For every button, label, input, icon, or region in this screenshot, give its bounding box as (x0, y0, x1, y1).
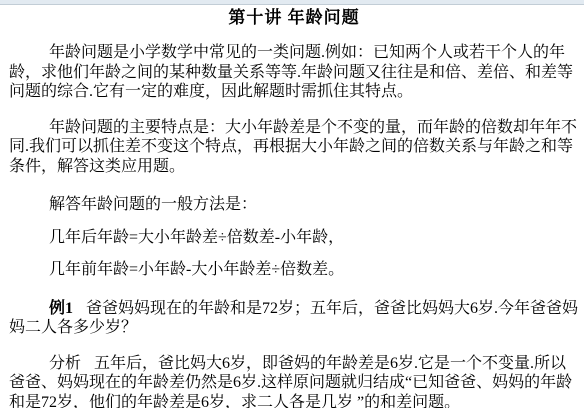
analysis-label: 分析 (49, 355, 81, 372)
paragraph-analysis: 分析五年后，爸比妈大6岁，即爸妈的年龄差是6岁.它是一个不变量.所以爸爸、妈妈现… (9, 354, 579, 408)
formula-years-later: 几年后年龄=大小年龄差÷倍数差-小年龄， (9, 228, 579, 248)
analysis-text: 五年后，爸比妈大6岁，即爸妈的年龄差是6岁.它是一个不变量.所以爸爸、妈妈现在的… (9, 355, 572, 408)
paragraph-features: 年龄问题的主要特点是：大小年龄差是个不变的量，而年龄的倍数却年年不同.我们可以抓… (9, 118, 579, 177)
paragraph-method-heading: 解答年龄问题的一般方法是： (9, 195, 579, 215)
document-content: 第十讲 年龄问题 年龄问题是小学数学中常见的一类问题.例如：已知两个人或若干个人… (0, 8, 584, 408)
top-window-edge (0, 0, 584, 5)
document-page: 第十讲 年龄问题 年龄问题是小学数学中常见的一类问题.例如：已知两个人或若干个人… (0, 0, 584, 408)
paragraph-intro: 年龄问题是小学数学中常见的一类问题.例如：已知两个人或若干个人的年龄，求他们年龄… (9, 43, 579, 102)
example1-text: 爸爸妈妈现在的年龄和是72岁；五年后，爸爸比妈妈大6岁.今年爸爸妈妈二人各多少岁… (9, 300, 578, 337)
paragraph-example1: 例1爸爸妈妈现在的年龄和是72岁；五年后，爸爸比妈妈大6岁.今年爸爸妈妈二人各多… (9, 299, 579, 338)
page-title: 第十讲 年龄问题 (9, 8, 579, 28)
formula-years-before: 几年前年龄=小年龄-大小年龄差÷倍数差。 (9, 260, 579, 280)
example1-label: 例1 (49, 300, 73, 317)
